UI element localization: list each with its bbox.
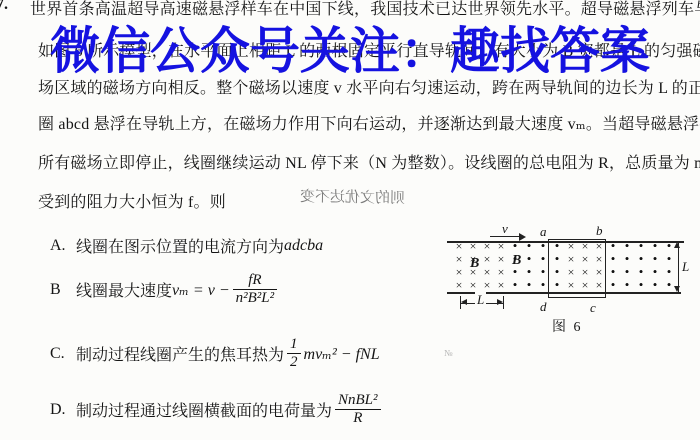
field-out-of-page-symbol: •: [649, 279, 661, 291]
right-arrowhead: [497, 299, 503, 305]
fraction-numerator: 1: [287, 336, 301, 354]
figure-caption: 图 6: [552, 316, 583, 336]
length-measure-right: L: [673, 242, 683, 292]
fraction-denominator: 2: [287, 354, 301, 371]
length-label-right: L: [682, 259, 689, 275]
field-out-of-page-symbol: •: [523, 279, 535, 291]
option-c-fraction: 1 2: [287, 336, 301, 372]
option-a: A. 线圈在图示位置的电流方向为 adcba: [50, 234, 323, 257]
field-into-page-symbol: ×: [495, 266, 507, 278]
field-b-label-2: B: [512, 253, 521, 269]
question-line-5: 所有磁场立即停止，线圈继续运动 NL 停下来（N 为整数）。设线圈的总电阻为 R…: [38, 150, 700, 173]
option-a-variable: adcba: [284, 237, 323, 255]
field-out-of-page-symbol: •: [621, 279, 633, 291]
option-c-text: 制动过程线圈产生的焦耳热为: [76, 342, 284, 365]
option-d-fraction: NnBL² R: [335, 392, 381, 428]
field-into-page-symbol: ×: [481, 279, 493, 291]
coil-corner-b: b: [596, 223, 603, 239]
option-a-label: A.: [50, 237, 76, 255]
coil-corner-d: d: [540, 299, 547, 315]
coil-abcd: [548, 239, 606, 298]
option-c-equation: mvₘ² − fNL: [304, 344, 380, 364]
field-into-page-symbol: ×: [495, 253, 507, 265]
field-into-page-symbol: ×: [481, 240, 493, 252]
field-into-page-symbol: ×: [467, 279, 479, 291]
option-b-fraction: fR n²B²L²: [233, 272, 278, 308]
question-line-6: 受到的阻力大小恒为 f。则: [38, 189, 226, 212]
coil-corner-c: c: [590, 300, 596, 316]
figure-6: ××××××××××××××××••••••••••••••••××××××××…: [440, 218, 700, 348]
field-into-page-symbol: ×: [453, 266, 465, 278]
fraction-numerator: NnBL²: [335, 392, 381, 410]
velocity-label: v: [502, 221, 508, 237]
ink-smudge: №: [444, 348, 453, 358]
option-b-text: 线圈最大速度: [76, 278, 172, 301]
option-b-label: B: [50, 281, 76, 299]
field-into-page-symbol: ×: [453, 253, 465, 265]
fraction-denominator: n²B²L²: [233, 290, 278, 307]
option-c-label: C.: [50, 345, 76, 363]
left-arrowhead: [461, 299, 467, 305]
bleedthrough-text: 则的文优达不变: [300, 185, 405, 208]
question-line-4: 圈 abcd 悬浮在导轨上方，在磁场力作用下向右运动，并逐渐达到最大速度 vₘ。…: [38, 111, 700, 134]
field-into-page-symbol: ×: [453, 240, 465, 252]
option-d-label: D.: [50, 401, 76, 419]
option-a-text: 线圈在图示位置的电流方向为: [76, 234, 284, 257]
length-measure-bottom: L: [460, 298, 504, 308]
option-d: D. 制动过程通过线圈横截面的电荷量为 NnBL² R: [50, 392, 384, 428]
field-into-page-symbol: ×: [481, 253, 493, 265]
measure-bar: [678, 242, 679, 292]
watermark-text: 微信公众号关注：趣找答案: [50, 11, 700, 83]
up-arrowhead: [674, 242, 680, 248]
question-number: 7.: [0, 0, 8, 14]
field-into-page-symbol: ×: [495, 240, 507, 252]
coil-corner-a: a: [540, 224, 547, 240]
down-arrowhead: [674, 286, 680, 292]
field-out-of-page-symbol: •: [509, 279, 521, 291]
option-b-equation: vₘ = v −: [172, 280, 230, 300]
field-out-of-page-symbol: •: [607, 279, 619, 291]
length-label-bottom: L: [475, 292, 486, 308]
field-into-page-symbol: ×: [453, 279, 465, 291]
fraction-denominator: R: [335, 410, 381, 427]
option-c: C. 制动过程线圈产生的焦耳热为 1 2 mvₘ² − fNL: [50, 336, 380, 372]
option-d-text: 制动过程通过线圈横截面的电荷量为: [76, 398, 332, 421]
field-into-page-symbol: ×: [495, 279, 507, 291]
field-out-of-page-symbol: •: [635, 279, 647, 291]
field-b-label-1: B: [470, 256, 479, 272]
velocity-arrowhead: [519, 233, 526, 241]
fraction-numerator: fR: [233, 272, 278, 290]
field-into-page-symbol: ×: [467, 240, 479, 252]
velocity-arrow: [490, 236, 520, 237]
field-into-page-symbol: ×: [481, 266, 493, 278]
option-b: B 线圈最大速度 vₘ = v − fR n²B²L²: [50, 272, 280, 308]
